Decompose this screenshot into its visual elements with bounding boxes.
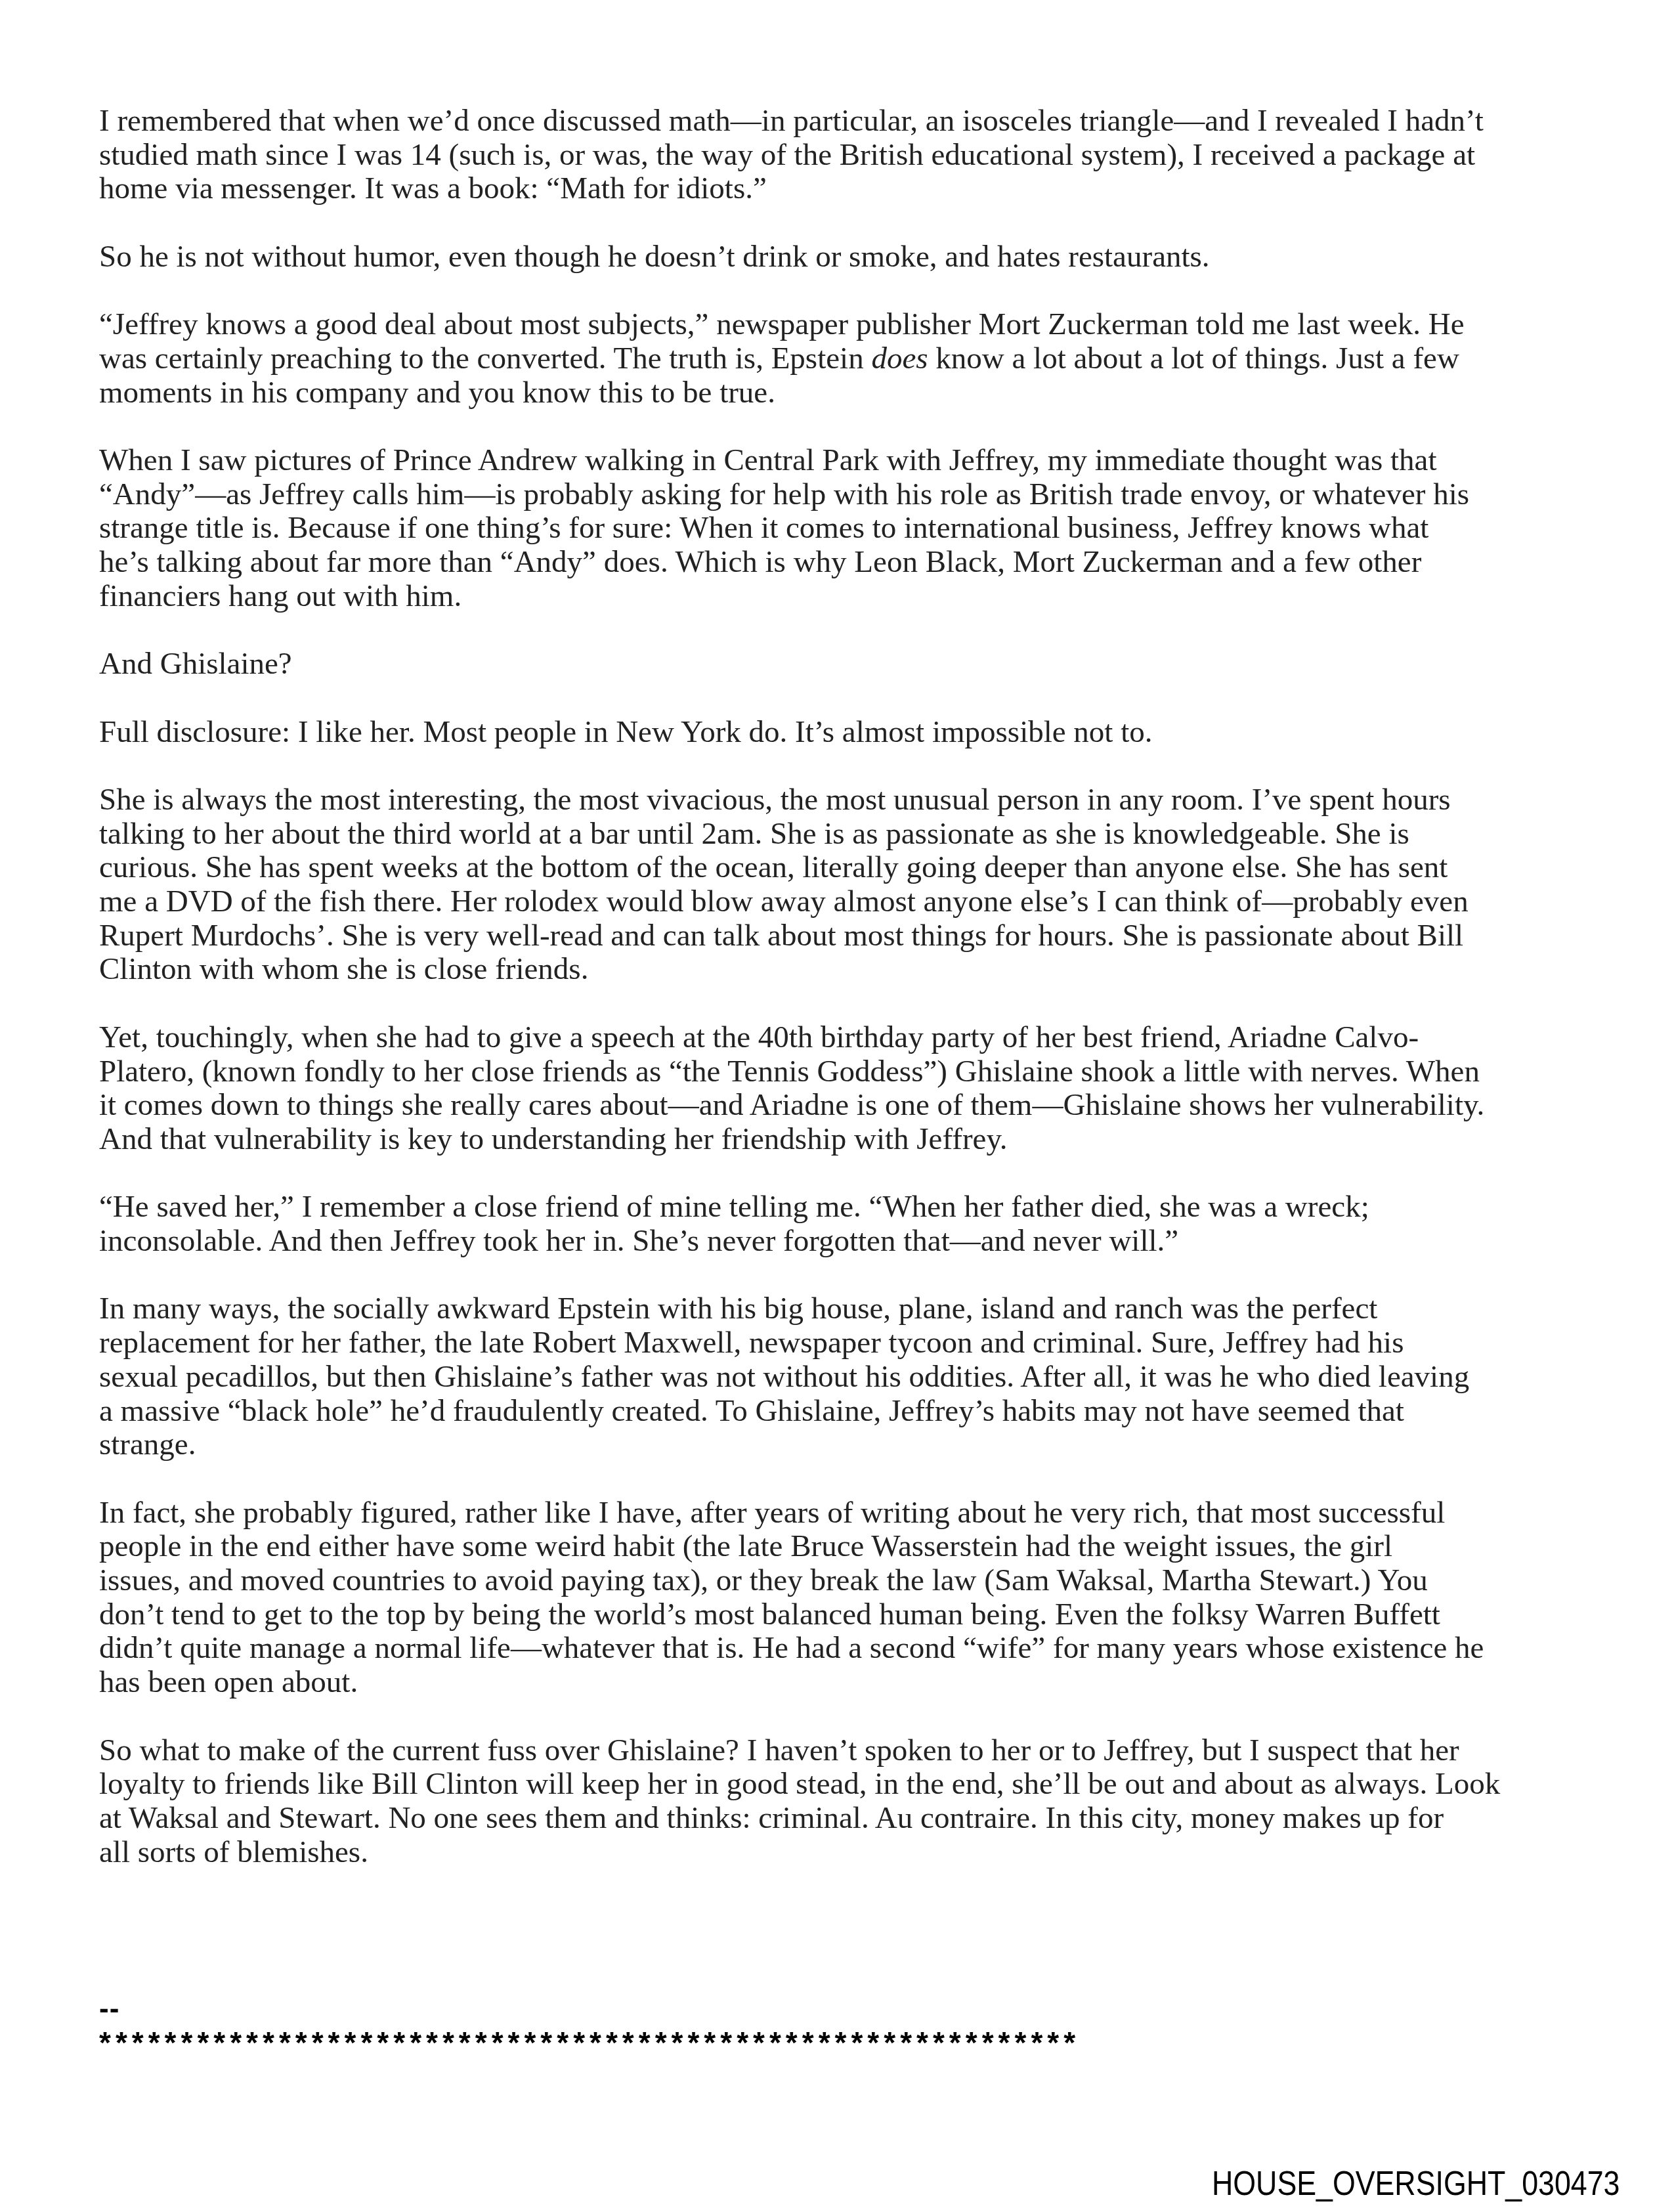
paragraph-most-interesting: She is always the most interesting, the …	[99, 783, 1609, 987]
text-line: strange.	[99, 1428, 1609, 1462]
text-line: So what to make of the current fuss over…	[99, 1734, 1609, 1768]
text-line: sexual pecadillos, but then Ghislaine’s …	[99, 1360, 1609, 1395]
text-line: moments in his company and you know this…	[99, 376, 1609, 410]
text-line: And that vulnerability is key to underst…	[99, 1123, 1609, 1157]
text-line: studied math since I was 14 (such is, or…	[99, 139, 1609, 173]
text-line: “Jeffrey knows a good deal about most su…	[99, 308, 1609, 342]
signature-separator: --	[99, 1993, 119, 2026]
text-line: Clinton with whom she is close friends.	[99, 953, 1609, 987]
text-line: strange title is. Because if one thing’s…	[99, 511, 1609, 546]
text-line: “He saved her,” I remember a close frien…	[99, 1190, 1609, 1225]
text-line: people in the end either have some weird…	[99, 1530, 1609, 1564]
text-line: And Ghislaine?	[99, 647, 1609, 682]
text-line: talking to her about the third world at …	[99, 817, 1609, 852]
text-line: all sorts of blemishes.	[99, 1836, 1609, 1870]
text-line: I remembered that when we’d once discuss…	[99, 104, 1609, 139]
text-line: he’s talking about far more than “Andy” …	[99, 546, 1609, 580]
text-line: In fact, she probably figured, rather li…	[99, 1496, 1609, 1530]
text-line: curious. She has spent weeks at the bott…	[99, 851, 1609, 885]
paragraph-current-fuss: So what to make of the current fuss over…	[99, 1734, 1609, 1870]
text-line: has been open about.	[99, 1666, 1609, 1700]
text-line: don’t tend to get to the top by being th…	[99, 1598, 1609, 1632]
paragraph-he-saved-her: “He saved her,” I remember a close frien…	[99, 1190, 1609, 1258]
text-line: Platero, (known fondly to her close frie…	[99, 1055, 1609, 1089]
text-line: a massive “black hole” he’d fraudulently…	[99, 1395, 1609, 1429]
text-line: didn’t quite manage a normal life—whatev…	[99, 1632, 1609, 1666]
text-segment: know a lot about a lot of things. Just a…	[928, 341, 1459, 376]
text-line: In many ways, the socially awkward Epste…	[99, 1292, 1609, 1326]
paragraph-math-book: I remembered that when we’d once discuss…	[99, 104, 1609, 206]
text-line: at Waksal and Stewart. No one sees them …	[99, 1802, 1609, 1836]
paragraph-weird-habits: In fact, she probably figured, rather li…	[99, 1496, 1609, 1700]
text-line: loyalty to friends like Bill Clinton wil…	[99, 1767, 1609, 1802]
document-page: I remembered that when we’d once discuss…	[0, 0, 1674, 2212]
text-line: When I saw pictures of Prince Andrew wal…	[99, 444, 1609, 478]
italic-emphasis: does	[871, 341, 928, 376]
text-line: Rupert Murdochs’. She is very well-read …	[99, 919, 1609, 953]
text-line: So he is not without humor, even though …	[99, 240, 1609, 274]
bates-number: HOUSE_OVERSIGHT_030473	[1212, 2164, 1620, 2203]
paragraph-replacement-father: In many ways, the socially awkward Epste…	[99, 1292, 1609, 1462]
paragraph-zuckerman-quote: “Jeffrey knows a good deal about most su…	[99, 308, 1609, 410]
paragraph-prince-andrew: When I saw pictures of Prince Andrew wal…	[99, 444, 1609, 614]
text-line: replacement for her father, the late Rob…	[99, 1326, 1609, 1360]
text-line: She is always the most interesting, the …	[99, 783, 1609, 817]
paragraph-birthday-speech: Yet, touchingly, when she had to give a …	[99, 1021, 1609, 1157]
text-segment: was certainly preaching to the converted…	[99, 341, 871, 376]
text-line: me a DVD of the fish there. Her rolodex …	[99, 885, 1609, 919]
paragraph-and-ghislaine: And Ghislaine?	[99, 647, 1609, 682]
paragraph-full-disclosure: Full disclosure: I like her. Most people…	[99, 716, 1609, 750]
text-line: Yet, touchingly, when she had to give a …	[99, 1021, 1609, 1055]
asterisk-divider: ****************************************…	[99, 2026, 1080, 2059]
text-line: issues, and moved countries to avoid pay…	[99, 1564, 1609, 1598]
text-line: it comes down to things she really cares…	[99, 1089, 1609, 1123]
text-line: was certainly preaching to the converted…	[99, 342, 1609, 376]
text-line: “Andy”—as Jeffrey calls him—is probably …	[99, 478, 1609, 512]
article-body: I remembered that when we’d once discuss…	[99, 104, 1609, 1903]
text-line: financiers hang out with him.	[99, 580, 1609, 614]
text-line: inconsolable. And then Jeffrey took her …	[99, 1225, 1609, 1259]
paragraph-humor: So he is not without humor, even though …	[99, 240, 1609, 274]
text-line: Full disclosure: I like her. Most people…	[99, 716, 1609, 750]
text-line: home via messenger. It was a book: “Math…	[99, 172, 1609, 206]
